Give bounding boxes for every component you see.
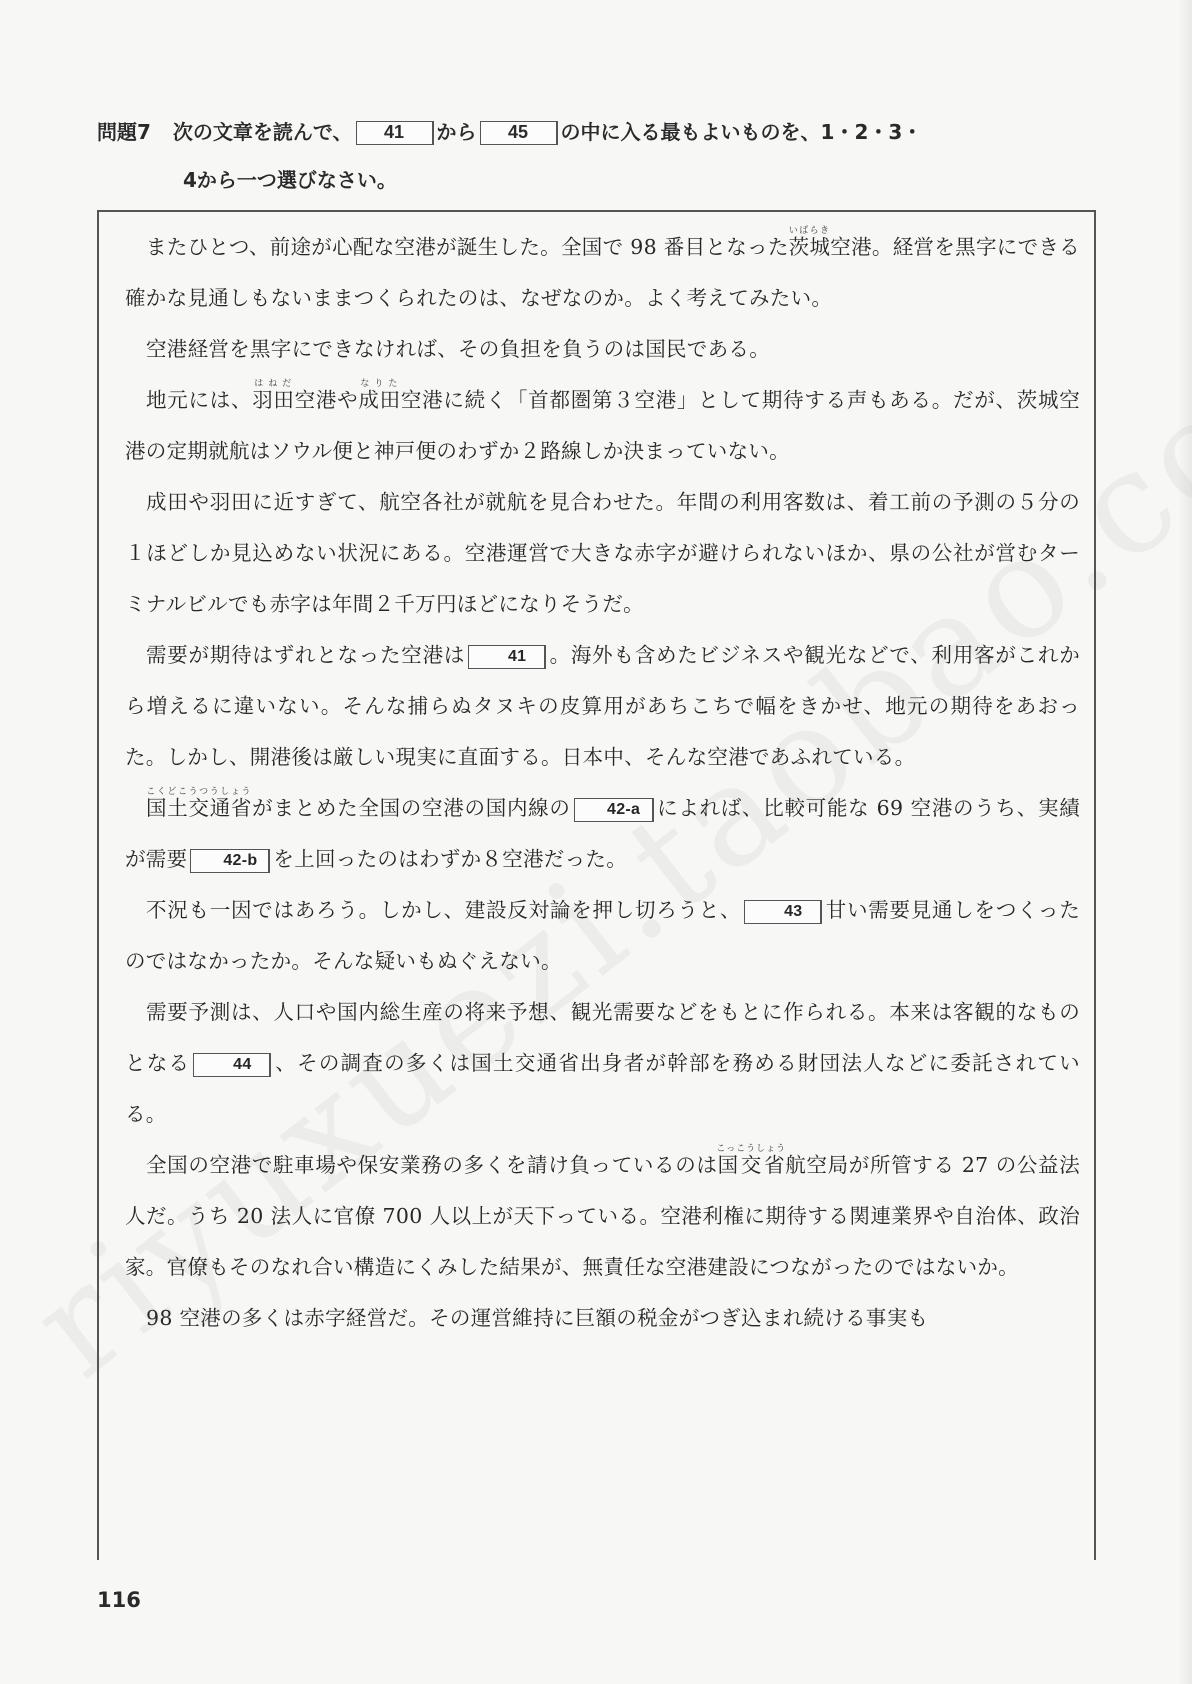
page-edge-shadow <box>1178 0 1192 1684</box>
furigana-kokkoushou: 国交省こっこうしょう <box>718 1153 785 1177</box>
ruby-base: 国土交通省 <box>146 796 252 820</box>
blank-box-41: 41 <box>356 121 434 145</box>
blank-box-45: 45 <box>480 121 558 145</box>
paragraph-4: 成田や羽田に近すぎて、航空各社が就航を見合わせた。年間の利用客数は、着工前の予測… <box>125 477 1080 630</box>
ruby-reading: はねだ <box>252 379 294 389</box>
blank-box-41: 41 <box>468 645 546 669</box>
paragraph-text: がまとめた全国の空港の国内線の <box>252 796 570 820</box>
furigana-kokudokoutsuushou: 国土交通省こくどこうつうしょう <box>146 796 252 820</box>
instruction-line-2: 4から一つ選びなさい。 <box>97 156 1097 204</box>
question-instruction: 問題7次の文章を読んで、41から45の中に入る最もよいものを、1・2・3・ 4か… <box>97 108 1097 204</box>
paragraph-text: またひとつ、前途が心配な空港が誕生した。全国で 98 番目となった <box>146 235 789 259</box>
ruby-reading: こっこうしょう <box>716 1144 786 1154</box>
ruby-base: 成田 <box>358 388 400 412</box>
paragraph-10: 98 空港の多くは赤字経営だ。その運営維持に巨額の税金がつぎ込まれ続ける事実も <box>125 1293 1080 1344</box>
ruby-reading: なりた <box>358 379 400 389</box>
paragraph-8: 需要予測は、人口や国内総生産の将来予想、観光需要などをもとに作られる。本来は客観… <box>125 987 1080 1140</box>
blank-box-42b: 42-b <box>190 849 270 873</box>
furigana-narita: 成田なりた <box>358 388 400 412</box>
furigana-ibaraki: 茨城いばらき <box>789 235 831 259</box>
blank-box-42a: 42-a <box>574 798 654 822</box>
paragraph-text: 地元には、 <box>146 388 252 412</box>
furigana-haneda: 羽田はねだ <box>252 388 294 412</box>
paragraph-text: 不況も一因ではあろう。しかし、建設反対論を押し切ろうと、 <box>146 898 741 922</box>
instruction-text-after: の中に入る最もよいものを、1・2・3・ <box>561 120 923 144</box>
ruby-reading: いばらき <box>789 226 831 236</box>
paragraph-2: 空港経営を黒字にできなければ、その負担を負うのは国民である。 <box>125 324 1080 375</box>
blank-box-44: 44 <box>193 1053 271 1077</box>
paragraph-text: を上回ったのはわずか８空港だった。 <box>273 847 627 871</box>
paragraph-text: 空港や <box>295 388 359 412</box>
ruby-reading: こくどこうつうしょう <box>146 787 252 797</box>
paragraph-3: 地元には、羽田はねだ空港や成田なりた空港に続く「首都圏第３空港」として期待する声… <box>125 375 1080 477</box>
paragraph-7: 不況も一因ではあろう。しかし、建設反対論を押し切ろうと、43甘い需要見通しをつく… <box>125 885 1080 987</box>
paragraph-6: 国土交通省こくどこうつうしょうがまとめた全国の空港の国内線の42-aによれば、比… <box>125 783 1080 885</box>
instruction-text-before: 次の文章を読んで、 <box>173 120 353 144</box>
blank-box-43: 43 <box>744 900 822 924</box>
paragraph-5: 需要が期待はずれとなった空港は41。海外も含めたビジネスや観光などで、利用客がこ… <box>125 630 1080 783</box>
instruction-line-1: 問題7次の文章を読んで、41から45の中に入る最もよいものを、1・2・3・ <box>97 108 1097 156</box>
paragraph-9: 全国の空港で駐車場や保安業務の多くを請け負っているのは国交省こっこうしょう航空局… <box>125 1140 1080 1293</box>
paragraph-text: 全国の空港で駐車場や保安業務の多くを請け負っているのは <box>146 1153 718 1177</box>
reading-passage: またひとつ、前途が心配な空港が誕生した。全国で 98 番目となった茨城いばらき空… <box>125 222 1080 1344</box>
ruby-base: 羽田 <box>252 388 294 412</box>
paragraph-1: またひとつ、前途が心配な空港が誕生した。全国で 98 番目となった茨城いばらき空… <box>125 222 1080 324</box>
instruction-text-middle: から <box>437 120 477 144</box>
question-number: 問題7 <box>97 120 151 144</box>
page-number: 116 <box>97 1588 141 1612</box>
ruby-base: 国交省 <box>716 1153 786 1177</box>
paragraph-text: 需要が期待はずれとなった空港は <box>146 643 465 667</box>
ruby-base: 茨城 <box>789 235 831 259</box>
